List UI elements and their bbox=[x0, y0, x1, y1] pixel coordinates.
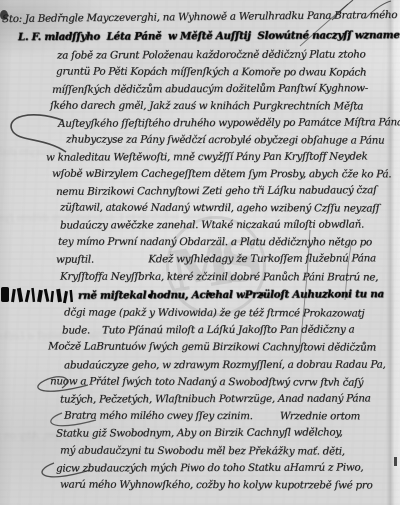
manuscript-line: abudaúczyze geho, w zdrawym Rozmyſſlení,… bbox=[64, 360, 386, 372]
manuscript-line: Močzě LaBruntuów ſwých gemü Birzikowi Ca… bbox=[48, 341, 376, 353]
manuscript-line: warú mého Wyhnowſkého, cožby ho kolyw ku… bbox=[60, 480, 372, 492]
manuscript-line: züſtawil, atakowé Nadaný wtwrdil, ageho … bbox=[60, 202, 379, 214]
manuscript-line: gicw zbudauczých mých Piwo do toho Statk… bbox=[56, 462, 363, 474]
manuscript-line: zhubyczyse za Pány ſwědčzí acrobylé obyč… bbox=[66, 134, 384, 146]
manuscript-line: L. F. mladſſyho Léta Páně w Měſtě Auſſti… bbox=[18, 30, 400, 44]
manuscript-line: wſobě wBirzylem Cachegeſſtem dětem ſym P… bbox=[52, 169, 391, 181]
manuscript-line: nuow a Přátel ſwých toto Nadaný a Swobod… bbox=[50, 376, 363, 389]
manuscript-page: míſſenſkých dědičzům abudaucým dožitelům… bbox=[0, 0, 400, 505]
manuscript-line: wpuſtil. Kdež wyſhledagy že Turkoſſem ſl… bbox=[56, 253, 376, 266]
manuscript-line-overinked: rně miſtekal hodnu, Aciehal wPrzüloſt Au… bbox=[78, 289, 384, 302]
manuscript-line: Statku giž Swobodnym, Aby on Birzik Cach… bbox=[56, 427, 343, 440]
manuscript-line: bude. Tuto Pſánaú miloſt a Láſkú Jakoſſt… bbox=[62, 324, 354, 336]
manuscript-line: gruntü Po Pěti Kopách míſſenſkých a Komo… bbox=[56, 66, 366, 78]
manuscript-line: míſſenſkých dědičzům abudaucým dožitelům… bbox=[52, 83, 368, 96]
manuscript-line: Kryſſtoffa Neyſſbrka, které zčzinil dobr… bbox=[60, 272, 378, 284]
manuscript-line: budaúczy awěčzke zanehal. Wtaké niczakaú… bbox=[60, 219, 364, 231]
manuscript-line: tužých, Pečzetých, Wlaſtnibuch Potwrzüge… bbox=[60, 393, 371, 405]
edge-mark bbox=[394, 457, 397, 466]
manuscript-line: tey mímo Prwní nadaný Obdarzäl. a Platu … bbox=[58, 237, 372, 249]
manuscript-line: za ſobě za Grunt Položenau každoročzně d… bbox=[57, 49, 366, 61]
manuscript-line: Bratra mého milého cwey ſſey czinim. Wrz… bbox=[64, 411, 360, 423]
manuscript-line: nemu Birzikowi Cachnyſtowi Zeti geho tři… bbox=[56, 185, 377, 198]
manuscript-line: Auſteyſkého ſſeſtiſtého druhého wypowědě… bbox=[58, 117, 400, 130]
manuscript-line: dčgi mage (pakž y Wdivowida) že ge též ſ… bbox=[64, 307, 364, 319]
manuscript-line: mý abudaučzyni tu Swobodu měl bez Překáž… bbox=[60, 446, 345, 458]
manuscript-line: ſkého darech gměl, Jakž zauś w knihách P… bbox=[50, 101, 363, 113]
manuscript-line: w knaleditau Weſtěwoſti, mně cwyžſſí Pán… bbox=[46, 151, 368, 163]
manuscript-line: Sto: Ja Bedřngle Mayczeverghi, na Wyhnow… bbox=[2, 10, 397, 25]
